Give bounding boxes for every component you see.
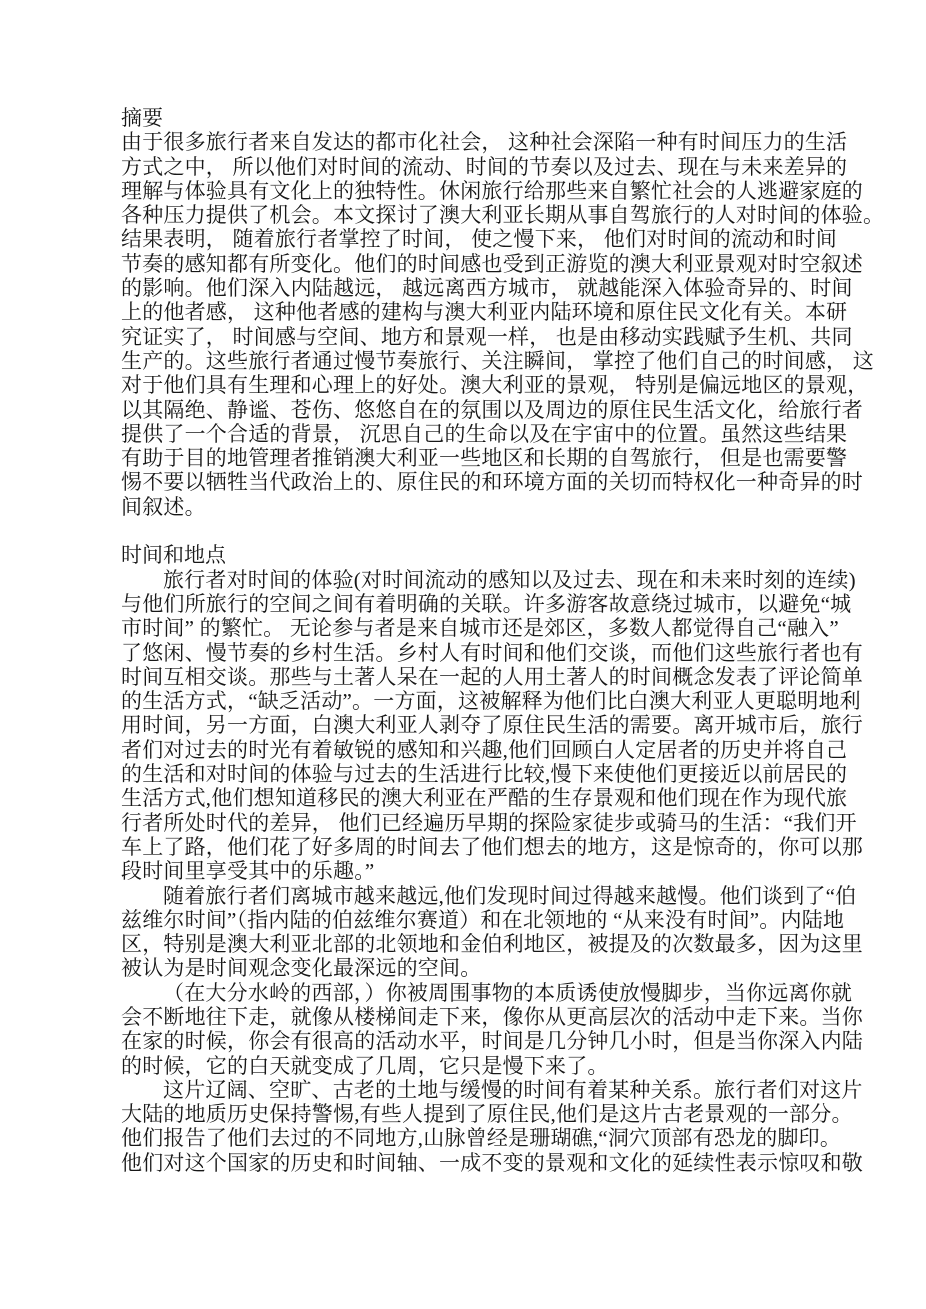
- text-line: 在家的时候，你会有很高的活动水平，时间是几分钟几小时，但是当你深入内陆: [121, 1029, 814, 1053]
- text-line: 的生活和对时间的体验与过去的生活进行比较,慢下来使他们更接近以前居民的: [121, 762, 814, 786]
- paragraph: 这片辽阔、空旷、古老的土地与缓慢的时间有着某种关系。旅行者们对这片大陆的地质历史…: [121, 1078, 814, 1175]
- text-line: 市时间” 的繁忙。 无论参与者是来自城市还是郊区，多数人都觉得自己“融入”: [121, 616, 814, 640]
- text-line: 的影响。他们深入内陆越远， 越远离西方城市， 就越能深入体验奇异的、时间: [121, 276, 814, 300]
- text-line: 车上了路，他们花了好多周的时间去了他们想去的地方，这是惊奇的，你可以那: [121, 835, 814, 859]
- paragraph: 由于很多旅行者来自发达的都市化社会， 这种社会深陷一种有时间压力的生活方式之中，…: [121, 130, 814, 519]
- text-line: 大陆的地质历史保持警惕,有些人提到了原住民,他们是这片古老景观的一部分。: [121, 1102, 814, 1126]
- text-line: 提供了一个合适的背景， 沉思自己的生命以及在宇宙中的位置。虽然这些结果: [121, 422, 814, 446]
- text-line: 被认为是时间观念变化最深远的空间。: [121, 956, 814, 980]
- text-line: 兹维尔时间”（指内陆的伯兹维尔赛道）和在北领地的 “从来没有时间”。内陆地: [121, 908, 814, 932]
- section-heading: 摘要: [121, 106, 814, 130]
- text-line: 时间互相交谈。那些与土著人呆在一起的人用土著人的时间概念发表了评论简单: [121, 665, 814, 689]
- text-line: 与他们所旅行的空间之间有着明确的关联。许多游客故意绕过城市，以避免“城: [121, 592, 814, 616]
- text-line: 间叙述。: [121, 495, 814, 519]
- text-line: 随着旅行者们离城市越来越远,他们发现时间过得越来越慢。他们谈到了“伯: [121, 884, 814, 908]
- document-page: 摘要由于很多旅行者来自发达的都市化社会， 这种社会深陷一种有时间压力的生活方式之…: [0, 0, 926, 1309]
- paragraph: （在大分水岭的西部，）你被周围事物的本质诱使放慢脚步，当你远离你就会不断地往下走…: [121, 981, 814, 1078]
- text-line: 他们对这个国家的历史和时间轴、一成不变的景观和文化的延续性表示惊叹和敬: [121, 1151, 814, 1175]
- text-line: 由于很多旅行者来自发达的都市化社会， 这种社会深陷一种有时间压力的生活: [121, 130, 814, 154]
- text-line: 的生活方式，“缺乏活动”。一方面，这被解释为他们比白澳大利亚人更聪明地利: [121, 689, 814, 713]
- paragraph: 随着旅行者们离城市越来越远,他们发现时间过得越来越慢。他们谈到了“伯兹维尔时间”…: [121, 884, 814, 981]
- text-line: 的时候，它的白天就变成了几周，它只是慢下来了。: [121, 1054, 814, 1078]
- text-line: 惕不要以牺牲当代政治上的、原住民的和环境方面的关切而特权化一种奇异的时: [121, 470, 814, 494]
- text-line: 会不断地往下走，就像从楼梯间走下来，像你从更高层次的活动中走下来。当你: [121, 1005, 814, 1029]
- text-line: 对于他们具有生理和心理上的好处。澳大利亚的景观， 特别是偏远地区的景观，: [121, 373, 814, 397]
- section-heading: 时间和地点: [121, 543, 814, 567]
- text-line: 节奏的感知都有所变化。他们的时间感也受到正游览的澳大利亚景观对时空叙述: [121, 252, 814, 276]
- document-section: 摘要由于很多旅行者来自发达的都市化社会， 这种社会深陷一种有时间压力的生活方式之…: [121, 106, 814, 519]
- text-line: 行者所处时代的差异， 他们已经遍历早期的探险家徒步或骑马的生活：“我们开: [121, 811, 814, 835]
- text-line: 各种压力提供了机会。本文探讨了澳大利亚长期从事自驾旅行的人对时间的体验。: [121, 203, 814, 227]
- text-line: 结果表明， 随着旅行者掌控了时间， 使之慢下来， 他们对时间的流动和时间: [121, 227, 814, 251]
- paragraph: 旅行者对时间的体验(对时间流动的感知以及过去、现在和未来时刻的连续)与他们所旅行…: [121, 568, 814, 884]
- text-line: 了悠闲、慢节奏的乡村生活。乡村人有时间和他们交谈，而他们这些旅行者也有: [121, 641, 814, 665]
- text-line: 旅行者对时间的体验(对时间流动的感知以及过去、现在和未来时刻的连续): [121, 568, 814, 592]
- text-line: 以其隔绝、静谧、苍伤、悠悠自在的氛围以及周边的原住民生活文化，给旅行者: [121, 398, 814, 422]
- text-line: 有助于目的地管理者推销澳大利亚一些地区和长期的自驾旅行， 但是也需要警: [121, 446, 814, 470]
- text-line: 区，特别是澳大利亚北部的北领地和金伯利地区，被提及的次数最多，因为这里: [121, 932, 814, 956]
- document-body: 摘要由于很多旅行者来自发达的都市化社会， 这种社会深陷一种有时间压力的生活方式之…: [121, 106, 814, 1175]
- text-line: （在大分水岭的西部，）你被周围事物的本质诱使放慢脚步，当你远离你就: [121, 981, 814, 1005]
- text-line: 者们对过去的时光有着敏锐的感知和兴趣,他们回顾白人定居者的历史并将自己: [121, 738, 814, 762]
- text-line: 生产的。这些旅行者通过慢节奏旅行、关注瞬间， 掌控了他们自己的时间感， 这: [121, 349, 814, 373]
- text-line: 这片辽阔、空旷、古老的土地与缓慢的时间有着某种关系。旅行者们对这片: [121, 1078, 814, 1102]
- text-line: 上的他者感， 这种他者感的建构与澳大利亚内陆环境和原住民文化有关。本研: [121, 300, 814, 324]
- text-line: 用时间，另一方面，白澳大利亚人剥夺了原住民生活的需要。离开城市后，旅行: [121, 713, 814, 737]
- text-line: 理解与体验具有文化上的独特性。休闲旅行给那些来自繁忙社会的人逃避家庭的: [121, 179, 814, 203]
- text-line: 究证实了， 时间感与空间、地方和景观一样， 也是由移动实践赋予生机、共同: [121, 325, 814, 349]
- document-section: 时间和地点旅行者对时间的体验(对时间流动的感知以及过去、现在和未来时刻的连续)与…: [121, 543, 814, 1175]
- text-line: 方式之中， 所以他们对时间的流动、时间的节奏以及过去、现在与未来差异的: [121, 155, 814, 179]
- text-line: 他们报告了他们去过的不同地方,山脉曾经是珊瑚礁,“洞穴顶部有恐龙的脚印。: [121, 1126, 814, 1150]
- text-line: 段时间里享受其中的乐趣。”: [121, 859, 814, 883]
- text-line: 生活方式,他们想知道移民的澳大利亚在严酷的生存景观和他们现在作为现代旅: [121, 786, 814, 810]
